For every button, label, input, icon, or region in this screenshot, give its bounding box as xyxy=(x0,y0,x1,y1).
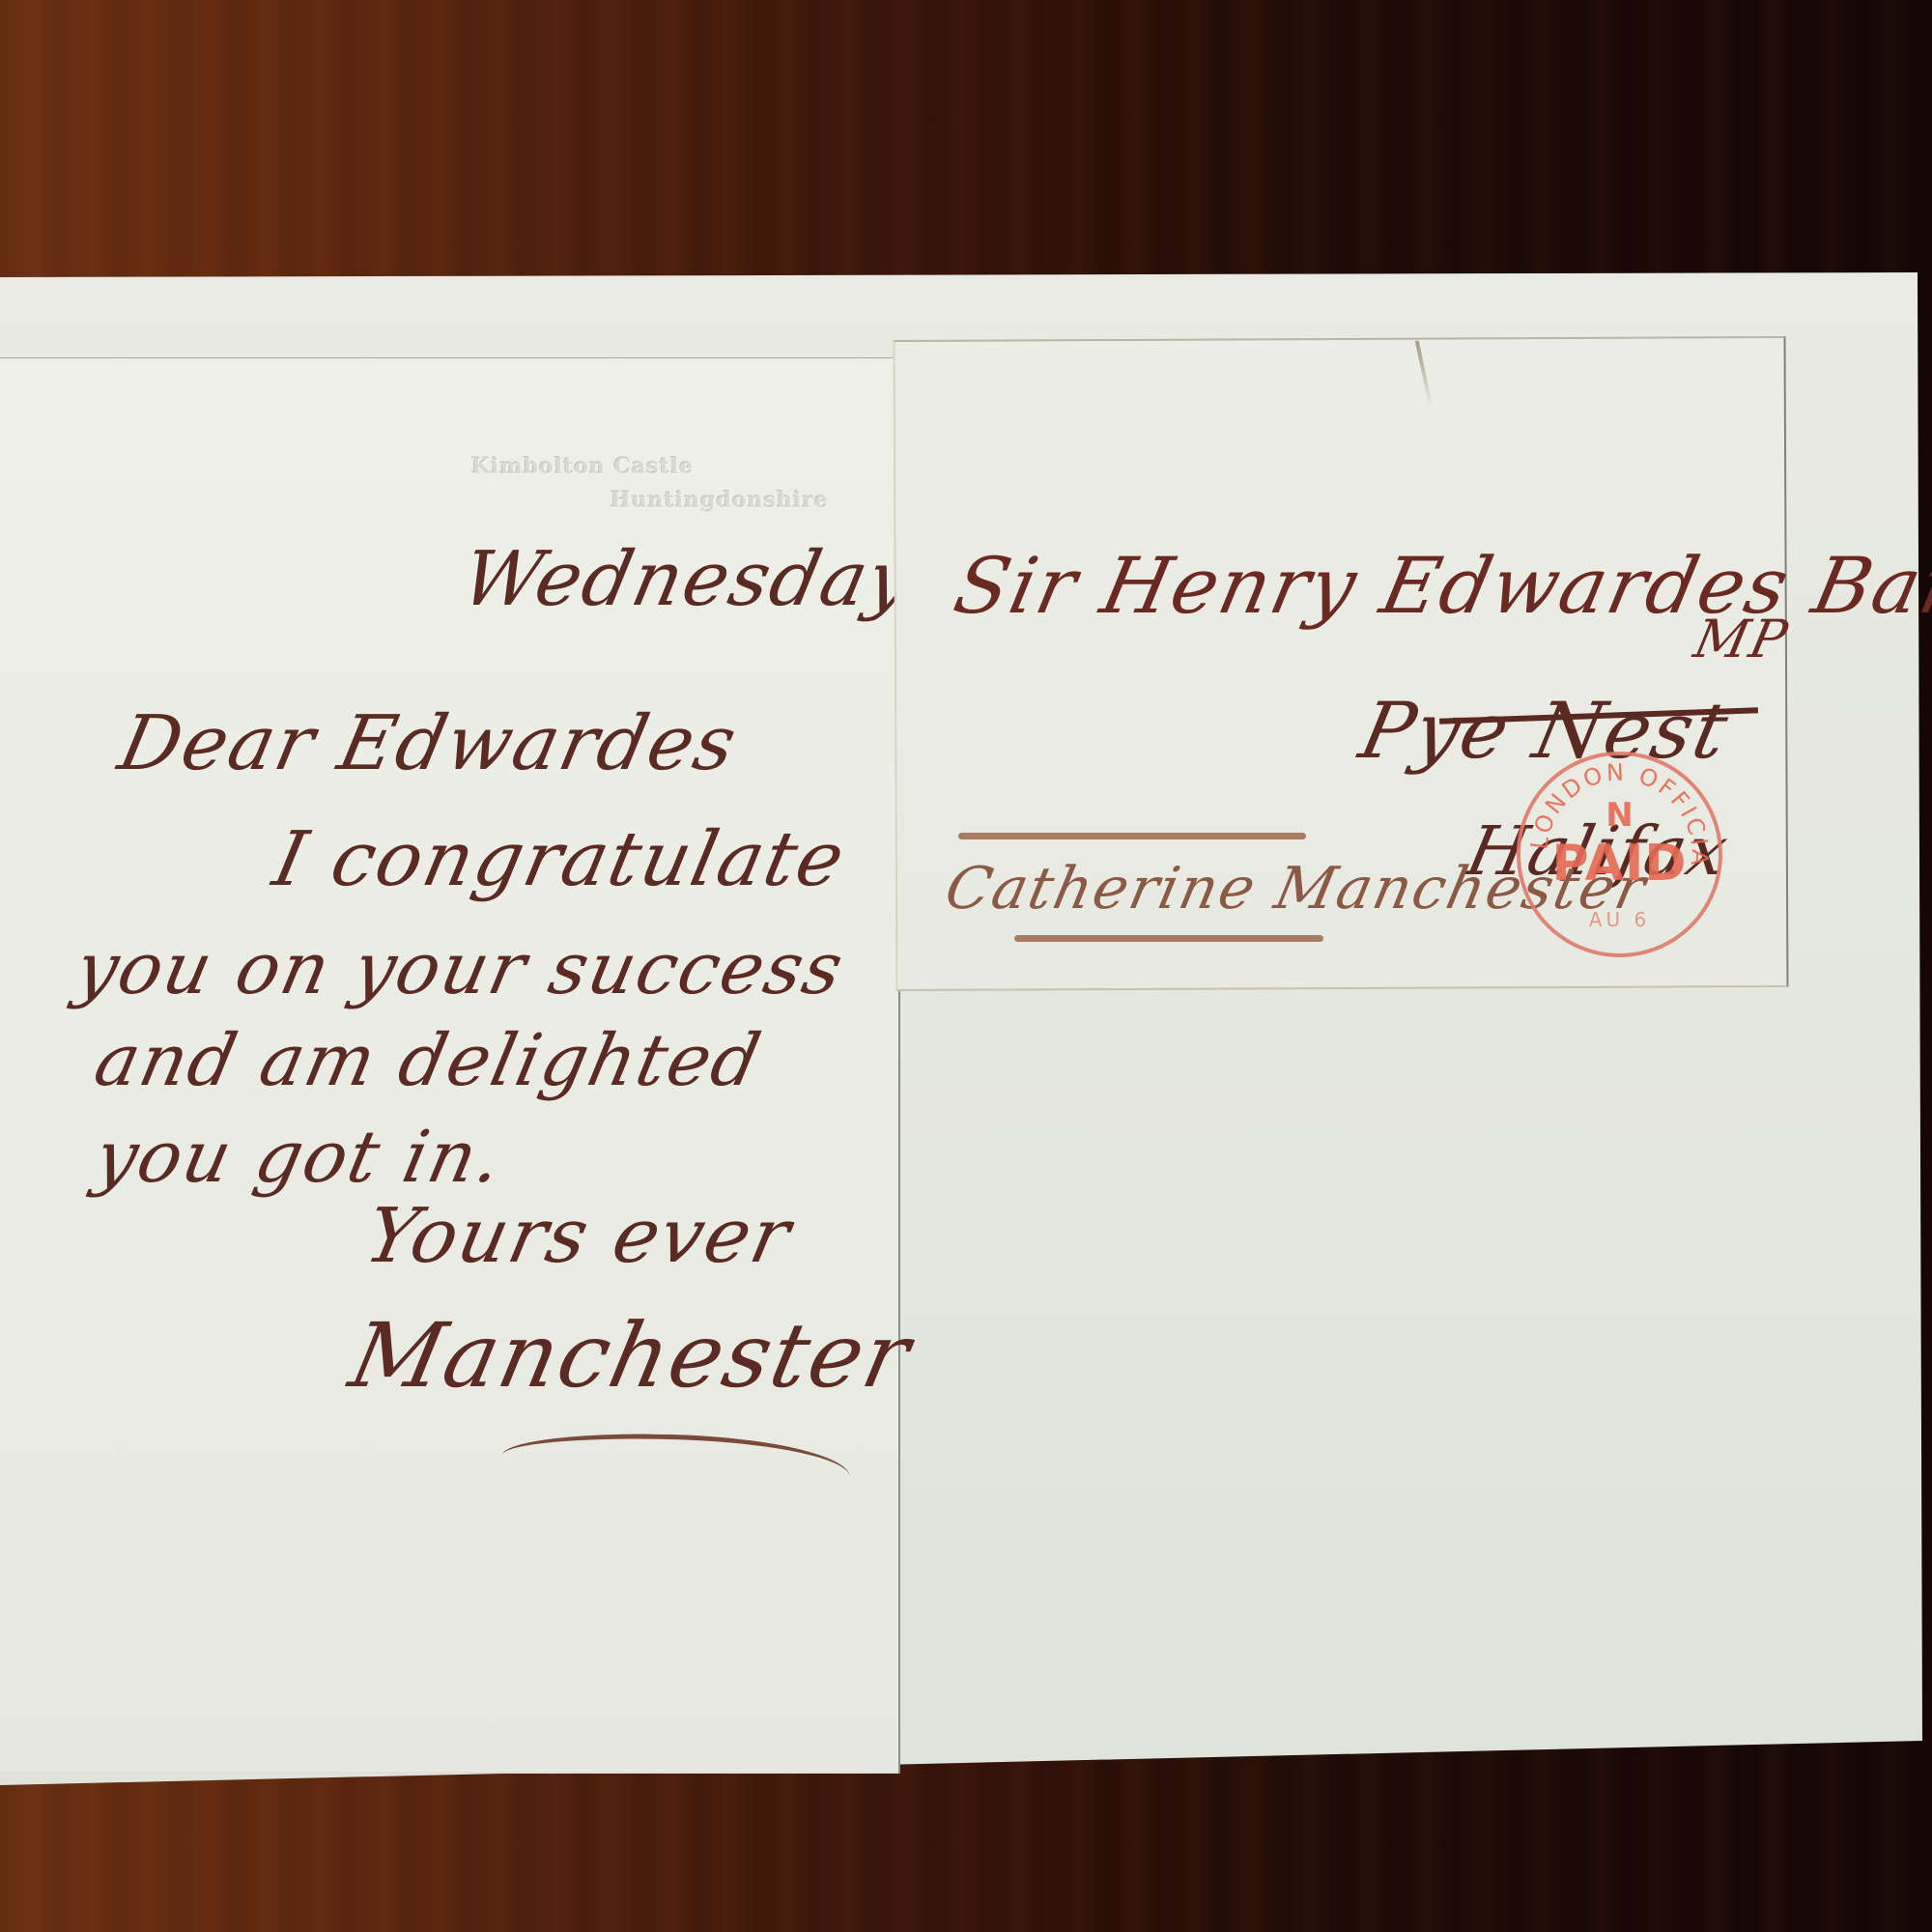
postmark-date: AU 6 xyxy=(1520,908,1719,931)
frank-underline-bottom xyxy=(1014,935,1323,942)
envelope-address-title: MP xyxy=(1689,609,1794,669)
letterhead-line-1: Kimbolton Castle xyxy=(471,454,694,479)
letter-body-line: I congratulate xyxy=(266,816,853,903)
letter-signature: Manchester xyxy=(342,1304,921,1407)
letter-body-line: you on your success xyxy=(69,927,852,1010)
letter-date: Wednesday xyxy=(454,536,922,623)
postmark-letter: N xyxy=(1520,796,1719,835)
letter-body-line: you got in. xyxy=(88,1116,511,1199)
postmark-stamp: LONDON OFFICIAL N PAID AU 6 xyxy=(1517,752,1722,957)
letter-body-line: and am delighted xyxy=(88,1019,769,1102)
frank-underline-top xyxy=(958,833,1306,839)
letter-closing: Yours ever xyxy=(357,1193,799,1280)
letterhead-line-2: Huntingdonshire xyxy=(611,488,829,513)
letter-salutation: Dear Edwardes xyxy=(111,700,745,787)
postmark-paid: PAID xyxy=(1520,835,1719,893)
